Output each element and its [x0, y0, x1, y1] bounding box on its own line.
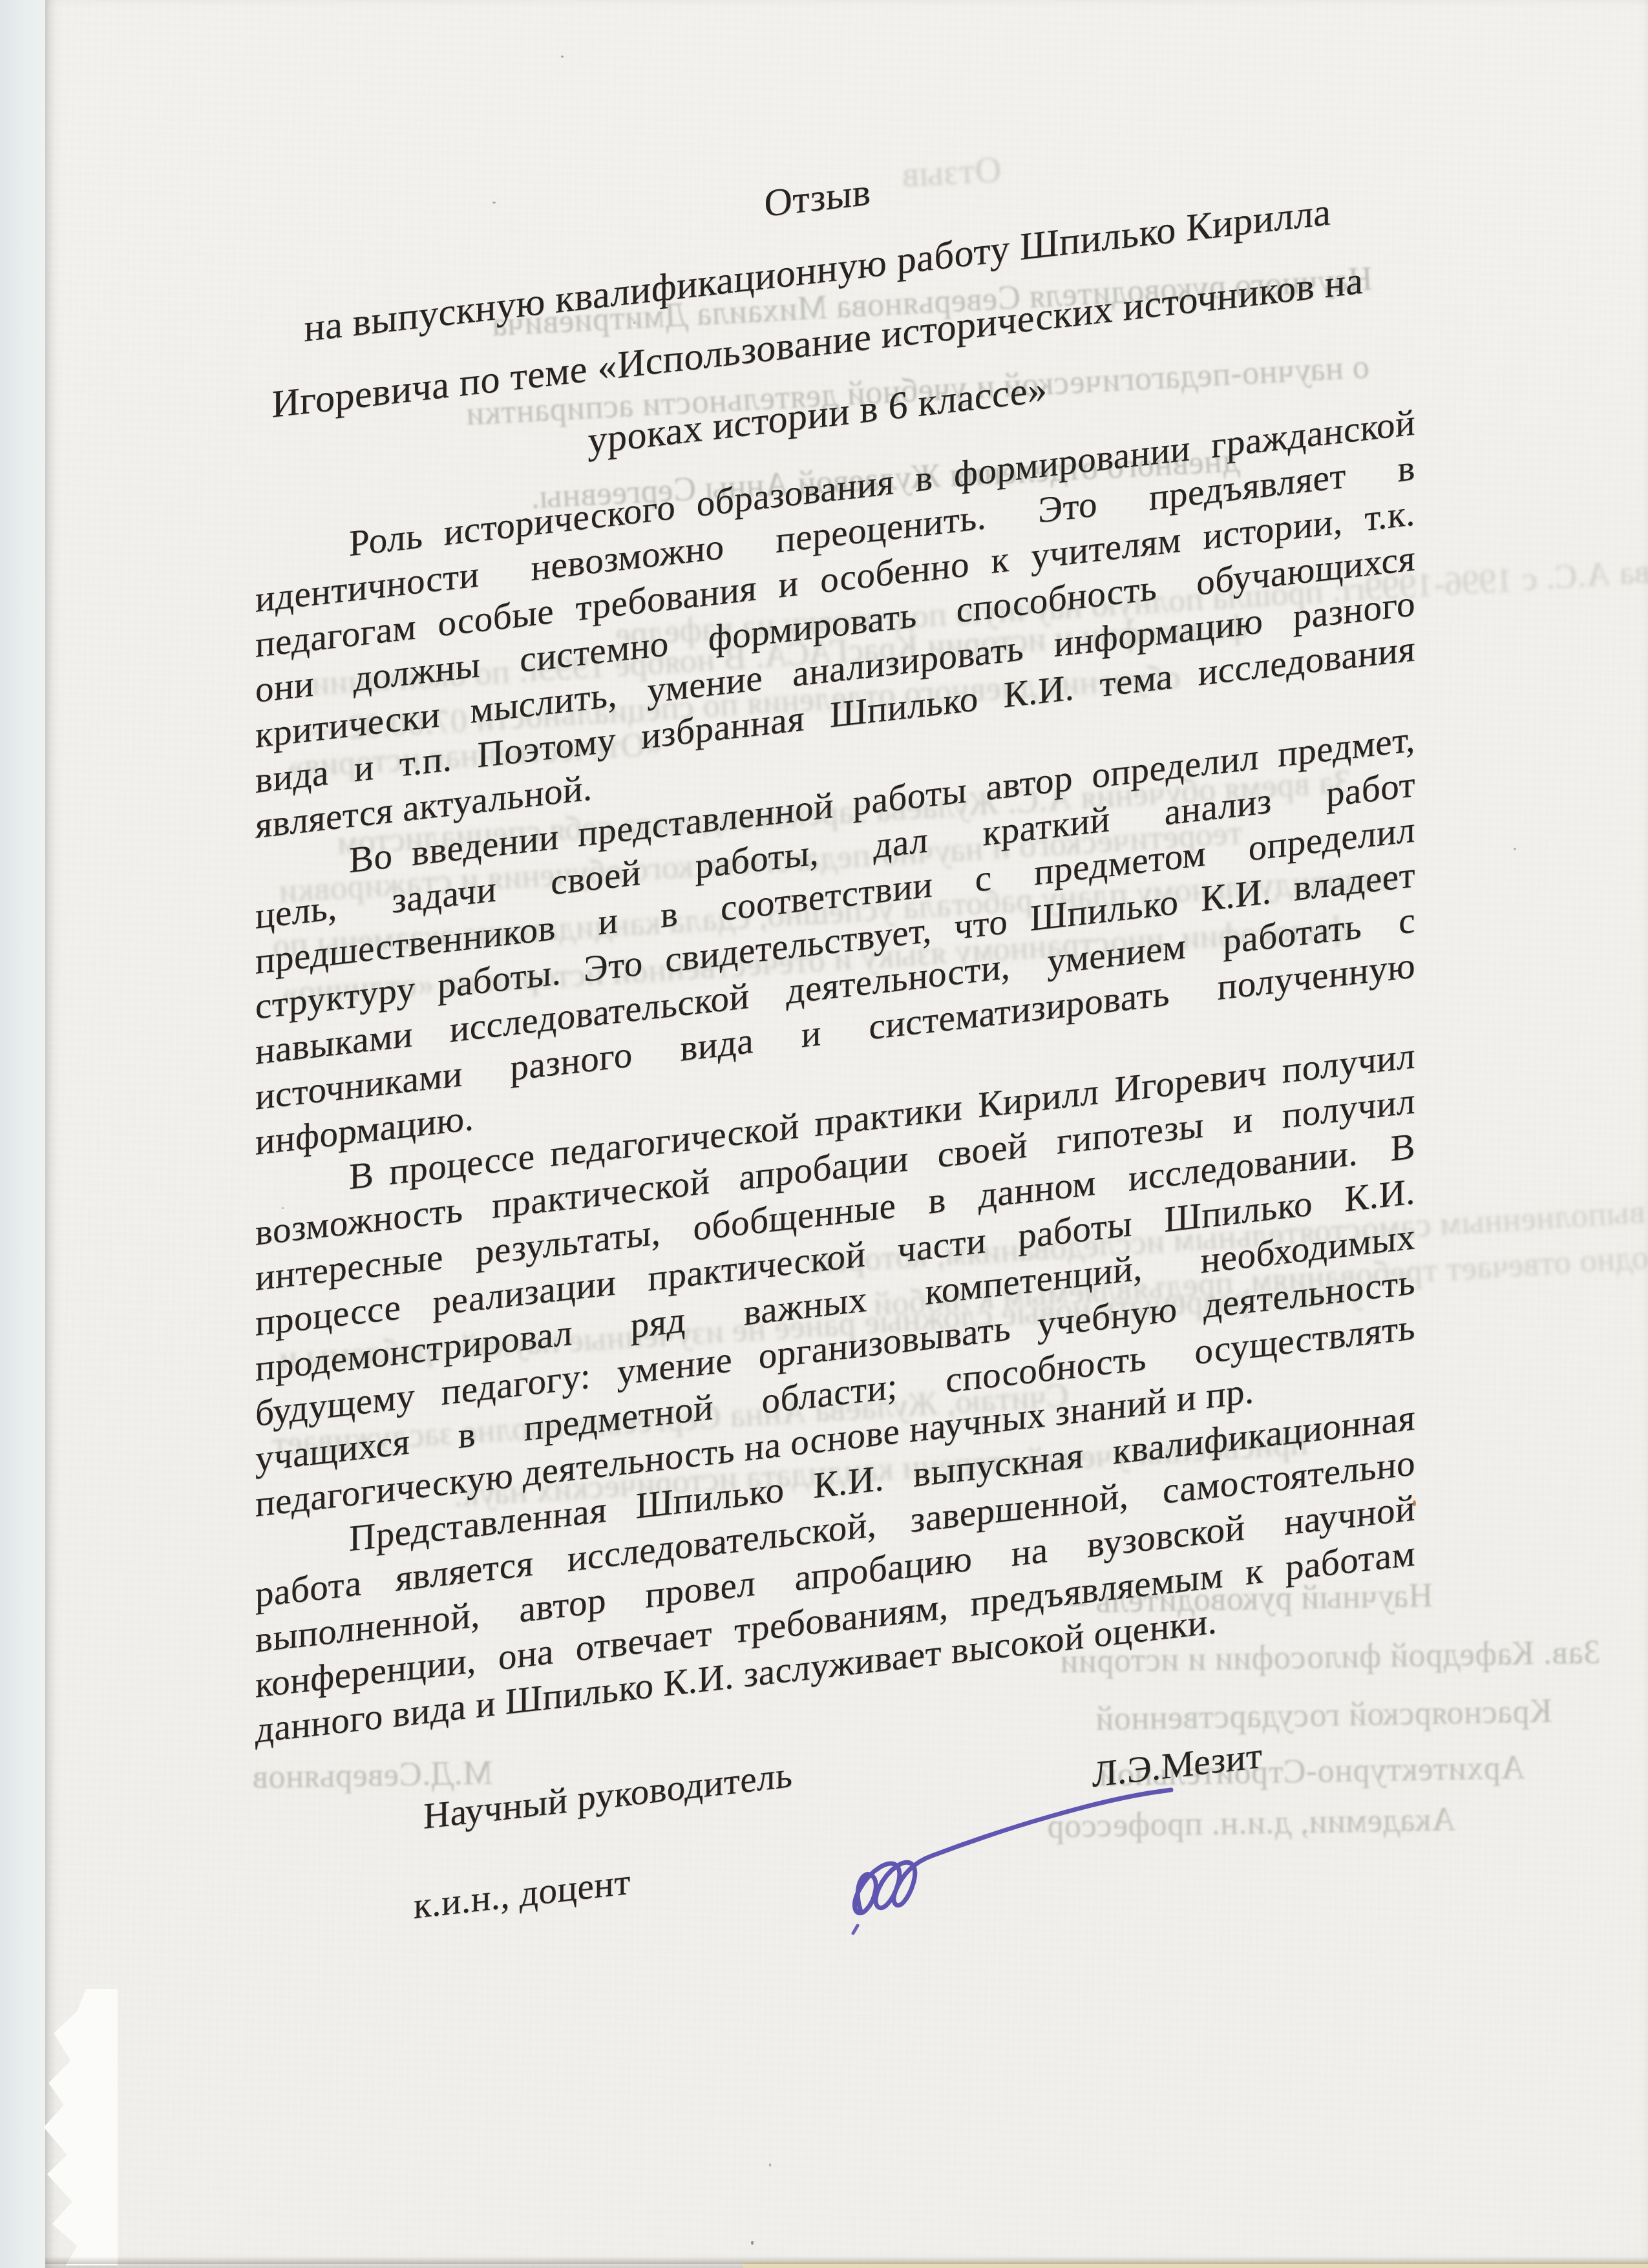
dust-speck — [492, 202, 496, 204]
dust-speck — [282, 1207, 284, 1209]
dust-speck — [633, 322, 635, 324]
scanned-document-page: Отзыв Научного руководителя Северьянова … — [0, 0, 1648, 2268]
dust-speck — [561, 56, 564, 58]
dust-speck — [1514, 848, 1516, 850]
bleedthrough-line: Красноярской государственной — [1095, 1692, 1553, 1738]
dust-speck — [1068, 910, 1071, 912]
document-content: Отзыв на выпускную квалификационную рабо… — [220, 0, 1415, 1758]
paper-bottom-shadow — [45, 2256, 1648, 2264]
document-body: Роль исторического образования в формиро… — [220, 400, 1415, 1758]
signature-ink — [834, 1738, 1209, 1945]
bleedthrough-signer-name: М.Д.Северьянов — [252, 1754, 493, 1796]
ink-speck — [1413, 1500, 1416, 1506]
dust-speck — [751, 2241, 754, 2245]
scanner-background — [0, 0, 45, 2268]
dust-speck — [769, 2163, 771, 2167]
